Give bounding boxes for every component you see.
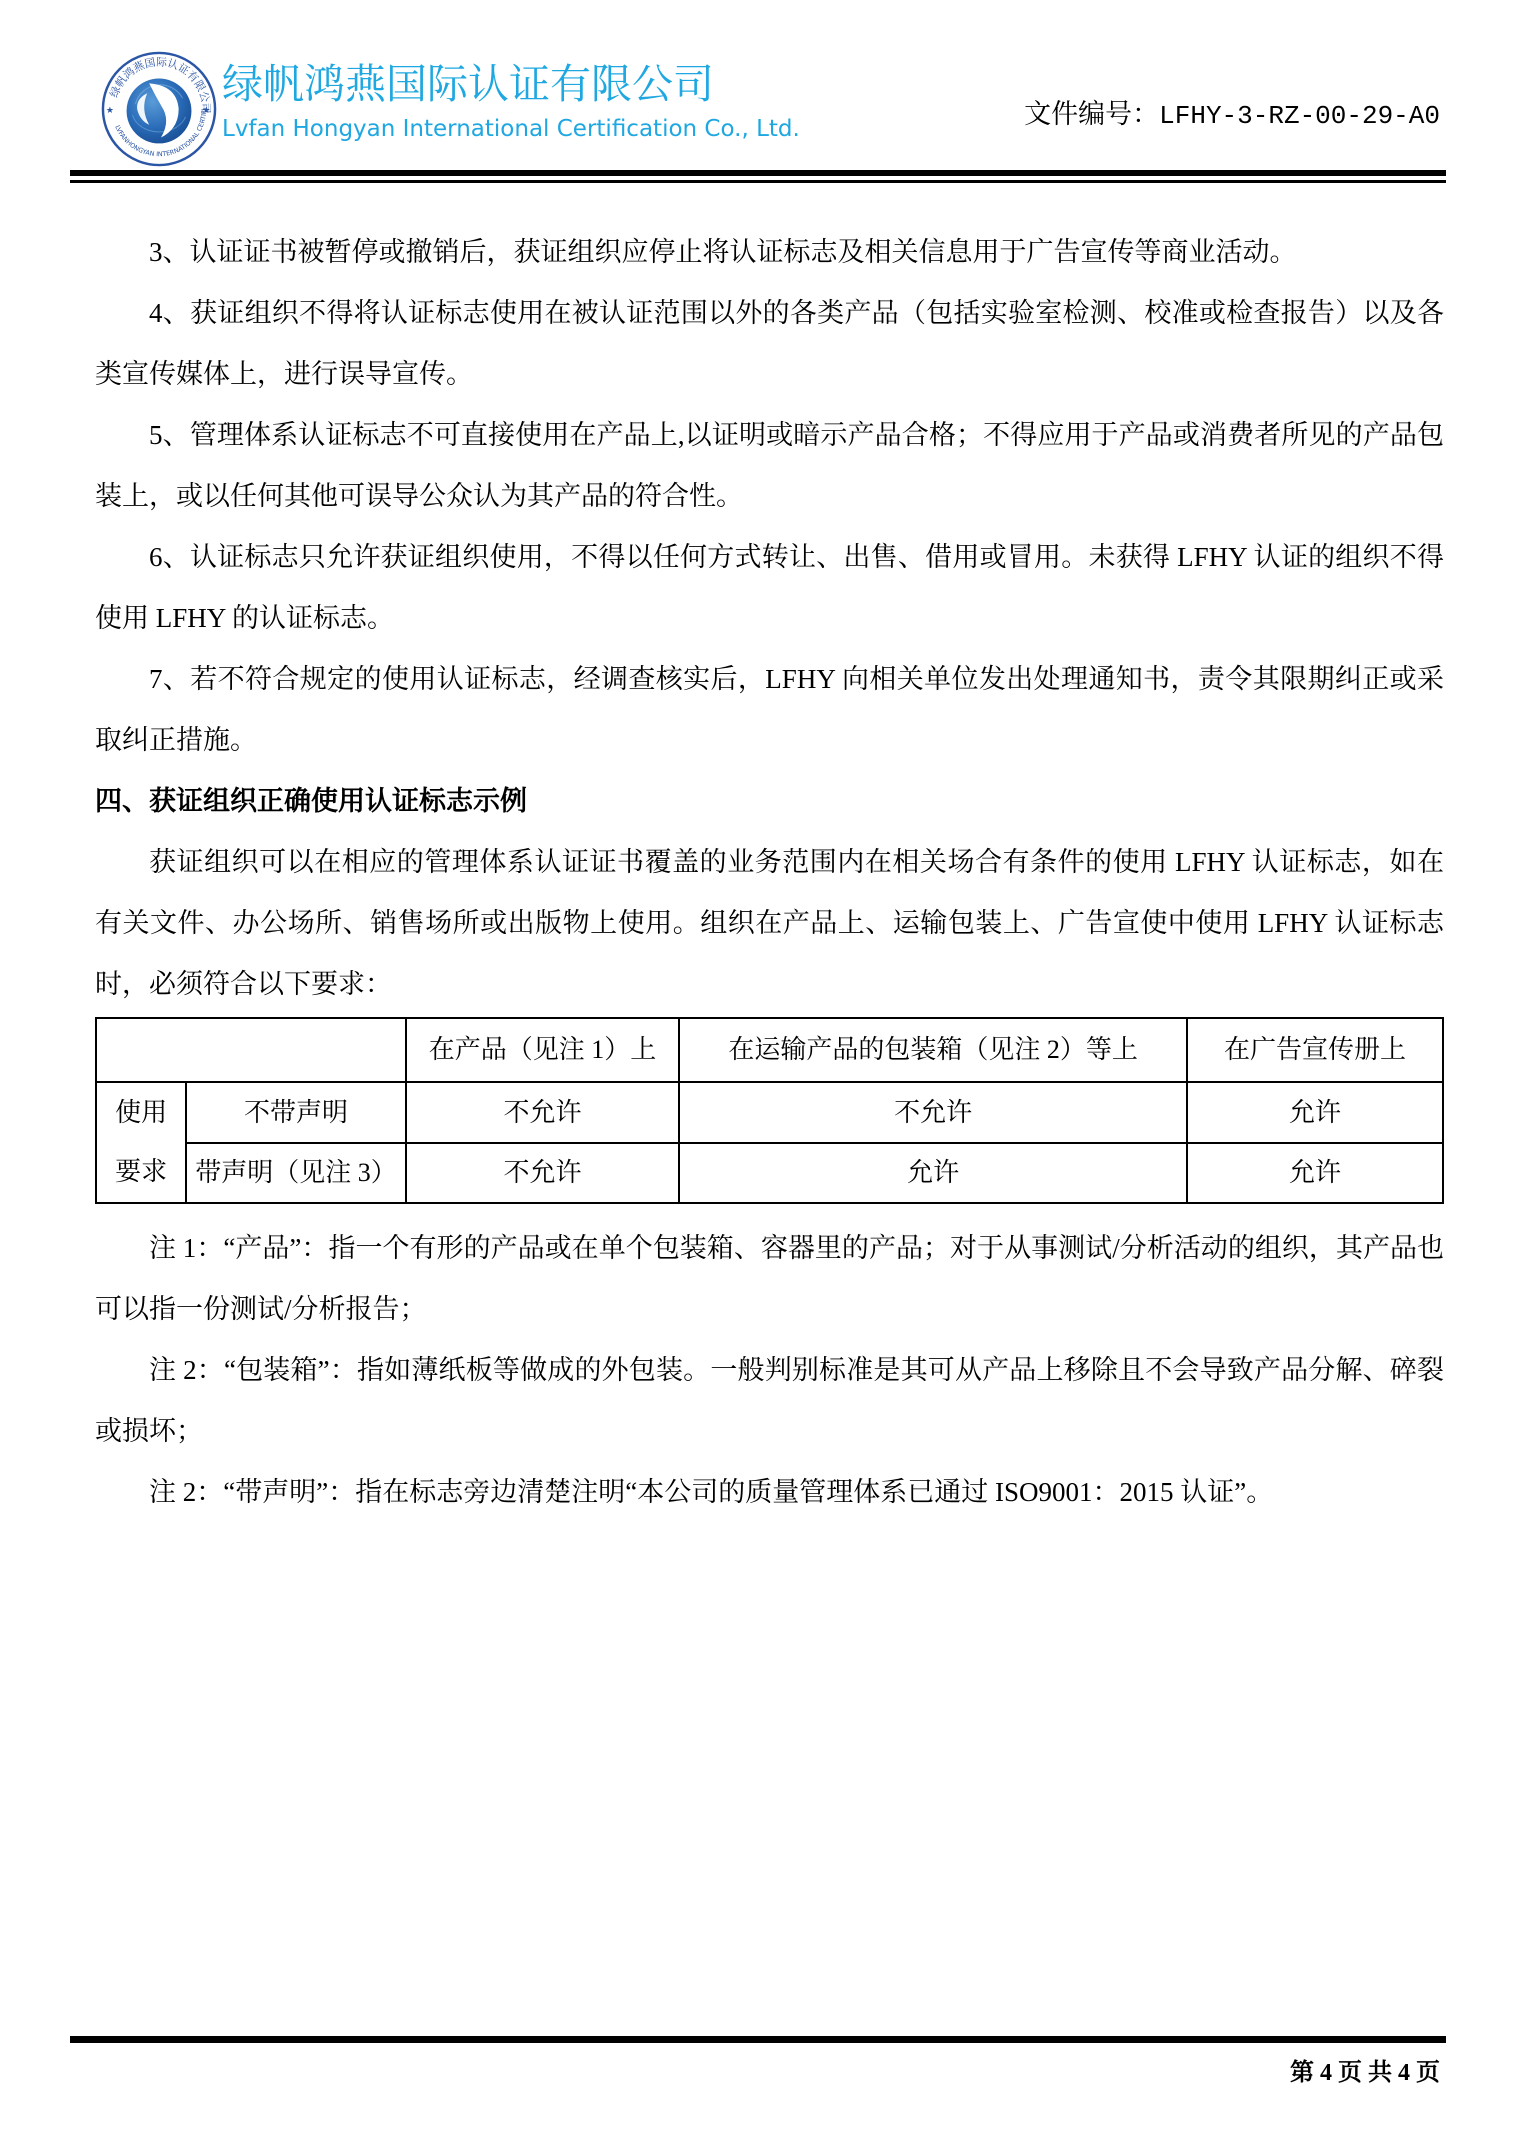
document-number: 文件编号：LFHY-3-RZ-00-29-A0 xyxy=(1024,92,1440,131)
note-3: 注 2：“带声明”：指在标志旁边清楚注明“本公司的质量管理体系已通过 ISO90… xyxy=(95,1462,1444,1523)
table-row: 使用 要求 不带声明 不允许 不允许 允许 xyxy=(96,1082,1443,1143)
column-header-on-shipping-box: 在运输产品的包装箱（见注 2）等上 xyxy=(679,1018,1187,1082)
cell-value: 允许 xyxy=(1187,1082,1443,1143)
row-group-label: 使用 要求 xyxy=(96,1082,186,1203)
paragraph-item-5: 5、管理体系认证标志不可直接使用在产品上,以证明或暗示产品合格；不得应用于产品或… xyxy=(95,405,1444,527)
table-header-row: 在产品（见注 1）上 在运输产品的包装箱（见注 2）等上 在广告宣传册上 xyxy=(96,1018,1443,1082)
row-label-with-statement: 带声明（见注 3） xyxy=(186,1143,406,1203)
cell-value: 不允许 xyxy=(679,1082,1187,1143)
column-header-on-brochure: 在广告宣传册上 xyxy=(1187,1018,1443,1082)
cell-value: 不允许 xyxy=(406,1082,679,1143)
note-1: 注 1：“产品”：指一个有形的产品或在单个包装箱、容器里的产品；对于从事测试/分… xyxy=(95,1218,1444,1340)
cell-value: 不允许 xyxy=(406,1143,679,1203)
table-corner-cell xyxy=(96,1018,406,1082)
document-page: 绿帆鸿燕国际认证有限公司 LVFANHONGYAN INTERNATIONAL … xyxy=(0,0,1514,2140)
document-number-label: 文件编号： xyxy=(1024,99,1159,129)
row-group-label-line1: 使用 xyxy=(115,1097,167,1129)
cell-value: 允许 xyxy=(1187,1143,1443,1203)
table-row: 带声明（见注 3） 不允许 允许 允许 xyxy=(96,1143,1443,1203)
paragraph-item-6: 6、认证标志只允许获证组织使用，不得以任何方式转让、出售、借用或冒用。未获得 L… xyxy=(95,527,1444,649)
intro-paragraph: 获证组织可以在相应的管理体系认证证书覆盖的业务范围内在相关场合有条件的使用 LF… xyxy=(95,832,1444,1015)
company-name-zh: 绿帆鸿燕国际认证有限公司 xyxy=(222,58,800,110)
paragraph-item-4: 4、获证组织不得将认证标志使用在被认证范围以外的各类产品（包括实验室检测、校准或… xyxy=(95,283,1444,405)
paragraph-item-3: 3、认证证书被暂停或撤销后，获证组织应停止将认证标志及相关信息用于广告宣传等商业… xyxy=(95,222,1444,283)
footer-divider xyxy=(70,2036,1446,2043)
svg-text:★: ★ xyxy=(202,105,210,115)
row-group-label-line2: 要求 xyxy=(115,1156,167,1188)
cell-value: 允许 xyxy=(679,1143,1187,1203)
company-brand: 绿帆鸿燕国际认证有限公司 Lvfan Hongyan International… xyxy=(222,58,800,144)
section-heading: 四、获证组织正确使用认证标志示例 xyxy=(95,771,1444,832)
page-number: 第 4 页 共 4 页 xyxy=(1290,2052,1440,2087)
header-divider xyxy=(70,170,1446,183)
company-name-en: Lvfan Hongyan International Certificatio… xyxy=(222,114,800,144)
row-label-no-statement: 不带声明 xyxy=(186,1082,406,1143)
company-logo-icon: 绿帆鸿燕国际认证有限公司 LVFANHONGYAN INTERNATIONAL … xyxy=(100,50,218,168)
usage-requirements-table: 在产品（见注 1）上 在运输产品的包装箱（见注 2）等上 在广告宣传册上 使用 … xyxy=(95,1017,1444,1204)
paragraph-item-7: 7、若不符合规定的使用认证标志，经调查核实后，LFHY 向相关单位发出处理通知书… xyxy=(95,649,1444,771)
column-header-on-product: 在产品（见注 1）上 xyxy=(406,1018,679,1082)
document-number-value: LFHY-3-RZ-00-29-A0 xyxy=(1159,101,1440,131)
note-2: 注 2：“包装箱”：指如薄纸板等做成的外包装。一般判别标准是其可从产品上移除且不… xyxy=(95,1340,1444,1462)
svg-text:★: ★ xyxy=(106,105,114,115)
document-body: 3、认证证书被暂停或撤销后，获证组织应停止将认证标志及相关信息用于广告宣传等商业… xyxy=(95,222,1444,1523)
